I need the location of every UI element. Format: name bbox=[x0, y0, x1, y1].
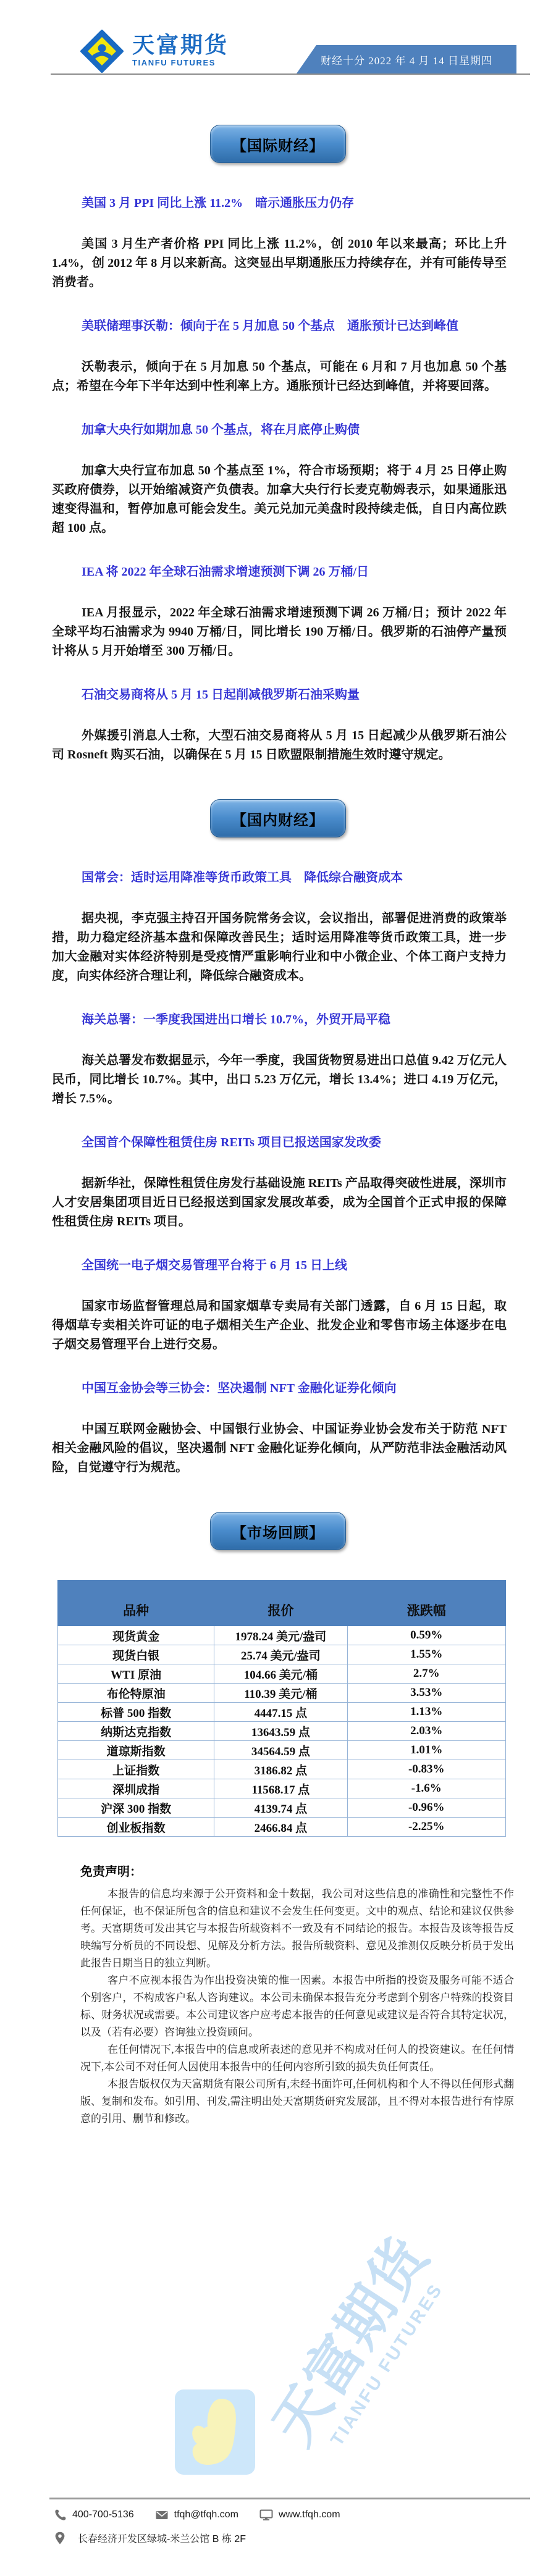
disclaimer-paragraph: 本报告版权仅为天富期货有限公司所有,未经书面许可,任何机构和个人不得以任何形式翻… bbox=[80, 2076, 514, 2128]
table-row: 现货白银25.74 美元/盎司1.55% bbox=[58, 1645, 506, 1664]
instrument-change: -0.96% bbox=[347, 1798, 505, 1818]
instrument-name: 纳斯达克指数 bbox=[58, 1722, 214, 1741]
instrument-quote: 11568.17 点 bbox=[214, 1779, 347, 1798]
column-header-change: 涨跌幅 bbox=[347, 1580, 505, 1626]
instrument-quote: 104.66 美元/桶 bbox=[214, 1664, 347, 1684]
table-row: 布伦特原油110.39 美元/桶3.53% bbox=[58, 1684, 506, 1703]
table-row: 创业板指数2466.84 点-2.25% bbox=[58, 1818, 506, 1837]
footer-email[interactable]: tfqh@tfqh.com bbox=[155, 2509, 238, 2521]
column-header-quote: 报价 bbox=[214, 1580, 347, 1626]
instrument-quote: 1978.24 美元/盎司 bbox=[214, 1626, 347, 1645]
table-row: 沪深 300 指数4139.74 点-0.96% bbox=[58, 1798, 506, 1818]
table-row: WTI 原油104.66 美元/桶2.7% bbox=[58, 1664, 506, 1684]
instrument-quote: 25.74 美元/盎司 bbox=[214, 1645, 347, 1664]
table-row: 纳斯达克指数13643.59 点2.03% bbox=[58, 1722, 506, 1741]
page-header: 天富期货 TIANFU FUTURES 财经十分 2022 年 4 月 14 日… bbox=[0, 0, 556, 80]
news-heading: 加拿大央行如期加息 50 个基点，将在月底停止购债 bbox=[52, 421, 507, 439]
news-body: 沃勒表示，倾向于在 5 月加息 50 个基点，可能在 6 月和 7 月也加息 5… bbox=[52, 358, 507, 396]
instrument-change: 3.53% bbox=[347, 1684, 505, 1703]
report-page: 天富期货 TIANFU FUTURES 天富期货 bbox=[0, 0, 556, 2576]
instrument-change: 1.13% bbox=[347, 1703, 505, 1722]
instrument-quote: 4447.15 点 bbox=[214, 1703, 347, 1722]
market-quotes-table: 品种 报价 涨跌幅 现货黄金1978.24 美元/盎司0.59% 现货白银25.… bbox=[57, 1580, 506, 1837]
table-header-row: 品种 报价 涨跌幅 bbox=[58, 1580, 506, 1626]
section-button-domestic[interactable]: 【国内财经】 bbox=[210, 799, 346, 837]
table-row: 深圳成指11568.17 点-1.6% bbox=[58, 1779, 506, 1798]
brand-watermark-en: TIANFU FUTURES bbox=[315, 2260, 460, 2469]
instrument-name: 现货黄金 bbox=[58, 1626, 214, 1645]
footer-email-text[interactable]: tfqh@tfqh.com bbox=[174, 2509, 238, 2520]
news-body: 加拿大央行宣布加息 50 个基点至 1%，符合市场预期；将于 4 月 25 日停… bbox=[52, 461, 507, 538]
news-heading: 全国统一电子烟交易管理平台将于 6 月 15 日上线 bbox=[52, 1256, 507, 1275]
news-body: 中国互联网金融协会、中国银行业协会、中国证券业协会发布关于防范 NFT 相关金融… bbox=[52, 1420, 507, 1477]
instrument-quote: 34564.59 点 bbox=[214, 1741, 347, 1760]
table-row: 现货黄金1978.24 美元/盎司0.59% bbox=[58, 1626, 506, 1645]
table-row: 标普 500 指数4447.15 点1.13% bbox=[58, 1703, 506, 1722]
news-heading: 美联储理事沃勒：倾向于在 5 月加息 50 个基点 通胀预计已达到峰值 bbox=[52, 317, 507, 335]
footer-contact-row: 400-700-5136 tfqh@tfqh.com www.tfqh.com bbox=[54, 2509, 361, 2521]
brand-name-en: TIANFU FUTURES bbox=[132, 58, 229, 67]
location-icon bbox=[54, 2532, 65, 2545]
news-heading: 全国首个保障性租赁住房 REITs 项目已报送国家发改委 bbox=[52, 1133, 507, 1152]
brand-logo: 天富期货 TIANFU FUTURES bbox=[80, 30, 229, 73]
section-button-international[interactable]: 【国际财经】 bbox=[210, 125, 346, 163]
brand-logo-icon bbox=[80, 30, 124, 73]
instrument-change: 1.01% bbox=[347, 1741, 505, 1760]
news-heading: 中国互金协会等三协会：坚决遏制 NFT 金融化证券化倾向 bbox=[52, 1379, 507, 1398]
disclaimer-paragraph: 客户不应视本报告为作出投资决策的惟一因素。本报告中所指的投资及服务可能不适合个别… bbox=[80, 1972, 514, 2041]
news-body: 据新华社，保障性租赁住房发行基础设施 REITs 产品取得突破性进展，深圳市人才… bbox=[52, 1174, 507, 1231]
news-body: 海关总署发布数据显示，今年一季度，我国货物贸易进出口总值 9.42 万亿元人民币… bbox=[52, 1051, 507, 1109]
instrument-change: -2.25% bbox=[347, 1818, 505, 1837]
international-section: 美国 3 月 PPI 同比上涨 11.2% 暗示通胀压力仍存 美国 3 月生产者… bbox=[52, 194, 507, 765]
instrument-name: 现货白银 bbox=[58, 1645, 214, 1664]
footer-address-row: 长春经济开发区绿城-米兰公馆 B 栋 2F bbox=[54, 2531, 267, 2545]
disclaimer-paragraph: 本报告的信息均来源于公开资料和金十数据，我公司对这些信息的准确性和完整性不作任何… bbox=[80, 1886, 514, 1972]
phone-icon bbox=[54, 2509, 67, 2521]
instrument-change: -0.83% bbox=[347, 1760, 505, 1779]
brand-watermark-logo-icon bbox=[174, 2389, 256, 2478]
footer-website-text[interactable]: www.tfqh.com bbox=[279, 2509, 340, 2520]
disclaimer-title: 免责声明： bbox=[80, 1861, 514, 1879]
news-heading: 美国 3 月 PPI 同比上涨 11.2% 暗示通胀压力仍存 bbox=[52, 194, 507, 212]
table-row: 上证指数3186.82 点-0.83% bbox=[58, 1760, 506, 1779]
brand-name: 天富期货 bbox=[132, 33, 229, 57]
footer-phone: 400-700-5136 bbox=[54, 2509, 134, 2521]
instrument-change: 0.59% bbox=[347, 1626, 505, 1645]
table-row: 道琼斯指数34564.59 点1.01% bbox=[58, 1741, 506, 1760]
footer-address: 长春经济开发区绿城-米兰公馆 B 栋 2F bbox=[54, 2531, 246, 2545]
news-body: 据央视，李克强主持召开国务院常务会议，会议指出，部署促进消费的政策举措，助力稳定… bbox=[52, 909, 507, 986]
brand-watermark: 天富期货 TIANFU FUTURES bbox=[263, 2227, 460, 2469]
brand-logo-text: 天富期货 TIANFU FUTURES bbox=[132, 33, 229, 67]
brand-watermark-cn: 天富期货 bbox=[263, 2227, 439, 2455]
column-header-instrument: 品种 bbox=[58, 1580, 214, 1626]
instrument-name: WTI 原油 bbox=[58, 1664, 214, 1684]
instrument-name: 上证指数 bbox=[58, 1760, 214, 1779]
news-heading: 海关总署：一季度我国进出口增长 10.7%，外贸开局平稳 bbox=[52, 1010, 507, 1029]
news-body: 外媒援引消息人士称，大型石油交易商将从 5 月 15 日起减少从俄罗斯石油公司 … bbox=[52, 726, 507, 765]
instrument-quote: 2466.84 点 bbox=[214, 1818, 347, 1837]
instrument-quote: 13643.59 点 bbox=[214, 1722, 347, 1741]
instrument-quote: 110.39 美元/桶 bbox=[214, 1684, 347, 1703]
instrument-quote: 3186.82 点 bbox=[214, 1760, 347, 1779]
disclaimer-section: 免责声明： 本报告的信息均来源于公开资料和金十数据，我公司对这些信息的准确性和完… bbox=[80, 1861, 514, 2128]
instrument-name: 道琼斯指数 bbox=[58, 1741, 214, 1760]
instrument-change: -1.6% bbox=[347, 1779, 505, 1798]
email-icon bbox=[155, 2509, 169, 2521]
instrument-change: 2.03% bbox=[347, 1722, 505, 1741]
footer-phone-text: 400-700-5136 bbox=[72, 2509, 134, 2520]
news-body: 美国 3 月生产者价格 PPI 同比上涨 11.2%，创 2010 年以来最高；… bbox=[52, 235, 507, 292]
news-body: 国家市场监督管理总局和国家烟草专卖局有关部门透露，自 6 月 15 日起，取得烟… bbox=[52, 1297, 507, 1354]
instrument-name: 布伦特原油 bbox=[58, 1684, 214, 1703]
header-divider bbox=[51, 73, 530, 75]
footer-divider bbox=[49, 2498, 530, 2499]
news-heading: IEA 将 2022 年全球石油需求增速预测下调 26 万桶/日 bbox=[52, 563, 507, 581]
instrument-change: 2.7% bbox=[347, 1664, 505, 1684]
instrument-name: 深圳成指 bbox=[58, 1779, 214, 1798]
footer-website[interactable]: www.tfqh.com bbox=[259, 2509, 340, 2521]
instrument-quote: 4139.74 点 bbox=[214, 1798, 347, 1818]
instrument-name: 沪深 300 指数 bbox=[58, 1798, 214, 1818]
news-heading: 石油交易商将从 5 月 15 日起削减俄罗斯石油采购量 bbox=[52, 686, 507, 704]
news-body: IEA 月报显示，2022 年全球石油需求增速预测下调 26 万桶/日；预计 2… bbox=[52, 603, 507, 661]
website-icon bbox=[259, 2509, 273, 2521]
instrument-change: 1.55% bbox=[347, 1645, 505, 1664]
instrument-name: 创业板指数 bbox=[58, 1818, 214, 1837]
news-heading: 国常会：适时运用降准等货币政策工具 降低综合融资成本 bbox=[52, 868, 507, 887]
issue-banner: 财经十分 2022 年 4 月 14 日星期四 bbox=[297, 45, 516, 73]
footer-address-text: 长春经济开发区绿城-米兰公馆 B 栋 2F bbox=[78, 2531, 246, 2545]
instrument-name: 标普 500 指数 bbox=[58, 1703, 214, 1722]
disclaimer-paragraph: 在任何情况下,本报告中的信息或所表述的意见并不构成对任何人的投资建议。在任何情况… bbox=[80, 2041, 514, 2076]
section-button-market-review[interactable]: 【市场回顾】 bbox=[210, 1512, 346, 1550]
domestic-section: 国常会：适时运用降准等货币政策工具 降低综合融资成本 据央视，李克强主持召开国务… bbox=[52, 868, 507, 1477]
